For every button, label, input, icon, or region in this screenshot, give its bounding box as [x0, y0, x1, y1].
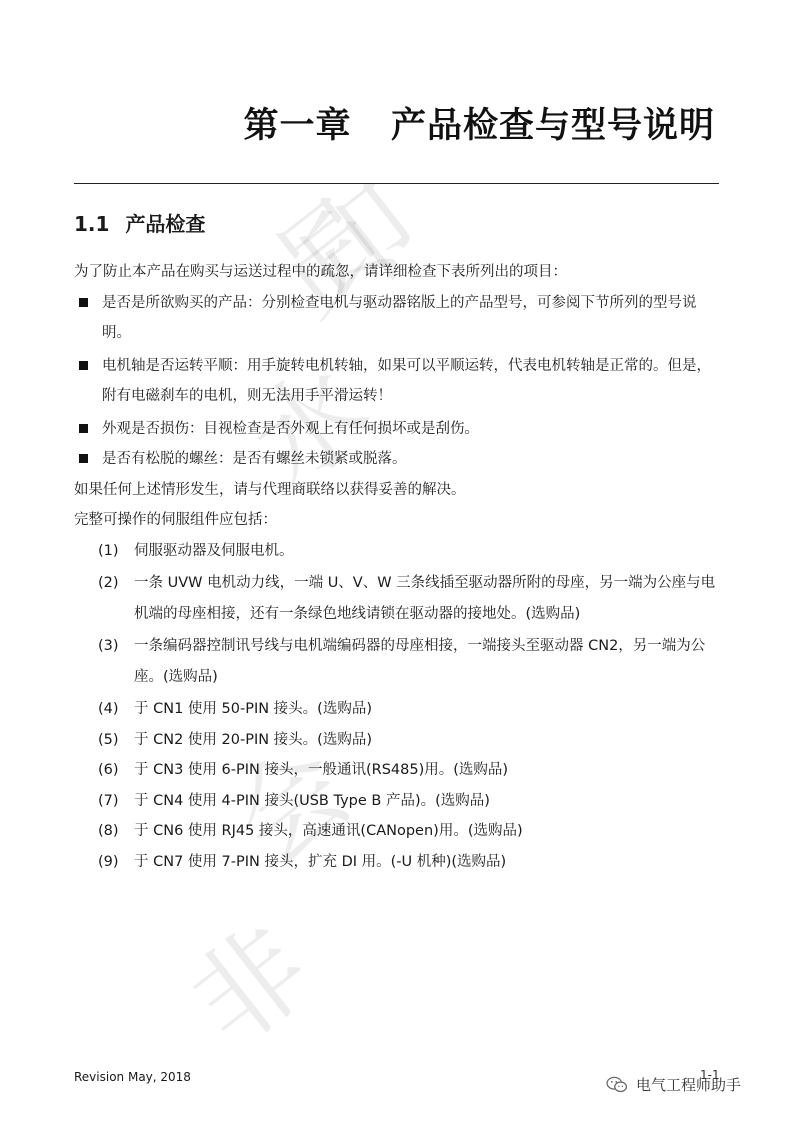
watermark-char: 非: [153, 883, 337, 1075]
square-bullet-icon: [79, 424, 88, 433]
component-item: (2)一条 UVW 电机动力线，一端 U、V、W 三条线插至驱动器所附的母座，另…: [74, 568, 724, 629]
square-bullet-icon: [79, 361, 88, 370]
square-bullet-icon: [79, 298, 88, 307]
section-title: 1.1产品检查: [74, 208, 205, 237]
after-checks-paragraph: 如果任何上述情形发生，请与代理商联络以获得妥善的解决。: [74, 475, 724, 506]
section-heading: 产品检查: [125, 212, 205, 236]
component-item: (5)于 CN2 使用 20-PIN 接头。(选购品): [74, 725, 724, 756]
square-bullet-icon: [79, 454, 88, 463]
check-item: 外观是否损伤：目视检查是否外观上有任何损坏或是刮伤。: [74, 414, 724, 445]
page-content: 为了防止本产品在购买与运送过程中的疏忽，请详细检查下表所列出的项目： 是否是所欲…: [74, 257, 724, 877]
revision-date: Revision May, 2018: [74, 1070, 191, 1084]
component-item: (1)伺服驱动器及伺服电机。: [74, 536, 724, 567]
section-number: 1.1: [74, 212, 109, 236]
brand-name: 电气工程师助手: [636, 1074, 741, 1095]
component-item: (7)于 CN4 使用 4-PIN 接头(USB Type B 产品)。(选购品…: [74, 786, 724, 817]
check-item: 是否是所欲购买的产品：分别检查电机与驱动器铭版上的产品型号，可参阅下节所列的型号…: [74, 288, 724, 349]
brand-badge: 电气工程师助手: [606, 1074, 741, 1095]
intro-paragraph: 为了防止本产品在购买与运送过程中的疏忽，请详细检查下表所列出的项目：: [74, 257, 724, 288]
components-intro: 完整可操作的伺服组件应包括：: [74, 505, 724, 536]
title-divider: [74, 183, 719, 184]
component-item: (9)于 CN7 使用 7-PIN 接头，扩充 DI 用。(-U 机种)(选购品…: [74, 847, 724, 878]
component-item: (3)一条编码器控制讯号线与电机端编码器的母座相接，一端接头至驱动器 CN2，另…: [74, 631, 724, 692]
component-item: (4)于 CN1 使用 50-PIN 接头。(选购品): [74, 694, 724, 725]
check-item: 电机轴是否运转平顺：用手旋转电机转轴，如果可以平顺运转，代表电机转轴是正常的。但…: [74, 351, 724, 412]
component-item: (8)于 CN6 使用 RJ45 接头，高速通讯(CANopen)用。(选购品): [74, 816, 724, 847]
component-item: (6)于 CN3 使用 6-PIN 接头，一般通讯(RS485)用。(选购品): [74, 755, 724, 786]
wechat-icon: [606, 1076, 628, 1094]
chapter-title: 第一章 产品检查与型号说明: [243, 98, 715, 148]
check-item: 是否有松脱的螺丝：是否有螺丝未锁紧或脱落。: [74, 444, 724, 475]
